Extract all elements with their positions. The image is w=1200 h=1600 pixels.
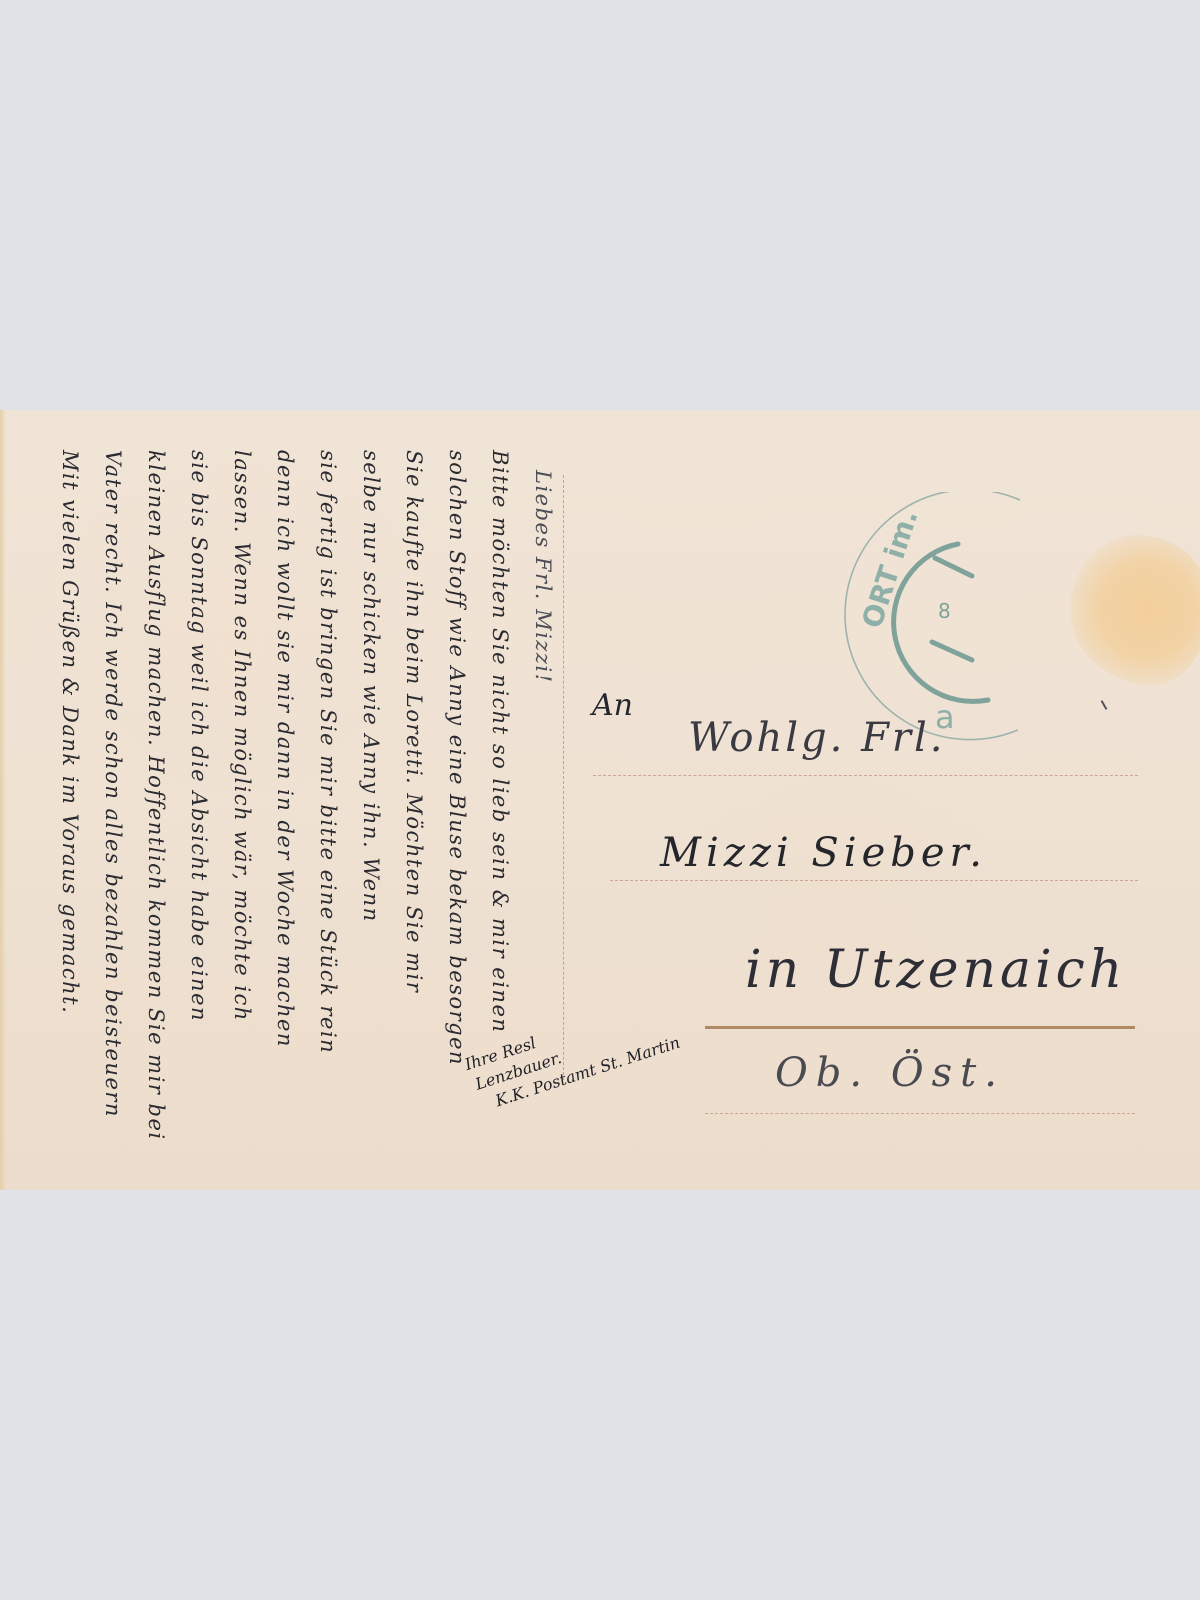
address-line <box>705 1113 1135 1114</box>
card-edge <box>0 410 6 1190</box>
recipient-region: Ob. Öst. <box>775 1050 1005 1096</box>
postmark-number: 8 <box>938 599 951 623</box>
message-line: kleinen Ausflug machen. Hoffentlich komm… <box>144 450 168 1141</box>
postmark-stamp: ORT im. 8 a <box>840 492 1040 742</box>
ink-speck <box>1101 700 1108 710</box>
address-line <box>610 880 1138 881</box>
recipient-title: Wohlg. Frl. <box>688 715 945 761</box>
message-line: Vater recht. Ich werde schon alles bezah… <box>101 450 125 1118</box>
message-line: solchen Stoff wie Anny eine Bluse bekam … <box>445 450 469 1066</box>
address-line <box>593 775 1138 776</box>
postcard: Liebes Frl. Mizzi!Bitte möchten Sie nich… <box>0 410 1200 1190</box>
message-salutation: Liebes Frl. Mizzi! <box>531 470 555 684</box>
message-line: denn ich wollt sie mir dann in der Woche… <box>273 450 297 1048</box>
recipient-town: in Utzenaich <box>745 940 1126 1000</box>
message-line: sie bis Sonntag weil ich die Absicht hab… <box>187 450 211 1022</box>
message-line: Sie kaufte ihn beim Loretti. Möchten Sie… <box>402 450 426 993</box>
message-line: sie fertig ist bringen Sie mir bitte ein… <box>316 450 340 1054</box>
card-divider <box>563 475 564 1080</box>
message-line: selbe nur schicken wie Anny ihn. Wenn <box>359 450 383 923</box>
address-prefix: An <box>592 688 633 723</box>
recipient-name: Mizzi Sieber. <box>660 830 987 876</box>
message-line: Bitte möchten Sie nicht so lieb sein & m… <box>488 450 512 1033</box>
message-line: Mit vielen Grüßen & Dank im Voraus gemac… <box>58 450 82 1014</box>
paper-stain <box>1070 535 1200 685</box>
message-line: lassen. Wenn es Ihnen möglich wär, möcht… <box>230 450 254 1022</box>
address-underline <box>705 1026 1135 1029</box>
